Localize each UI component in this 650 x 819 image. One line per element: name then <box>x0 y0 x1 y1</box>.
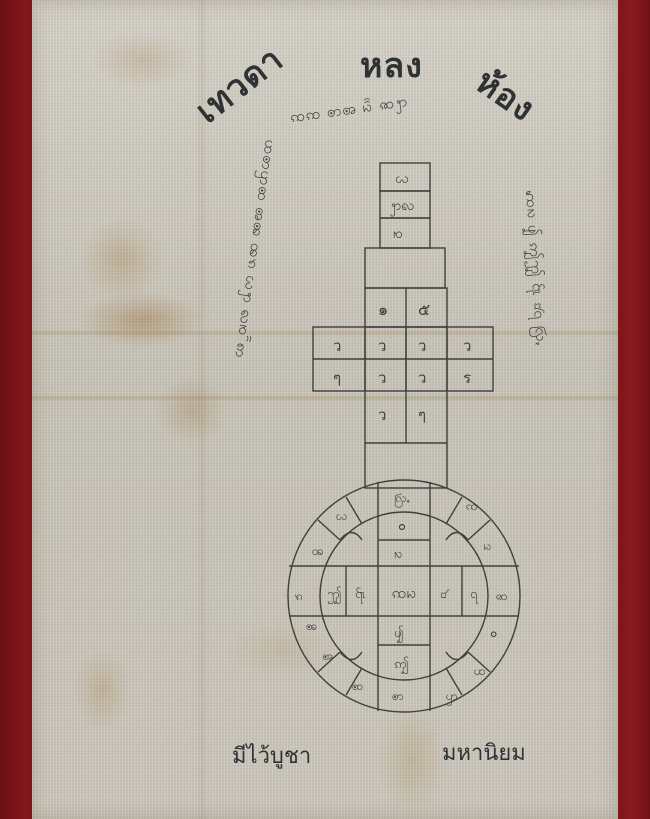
svg-text:ร: ร <box>463 369 471 387</box>
svg-text:ꩳ: ꩳ <box>394 547 402 562</box>
wheel-center: ꩡꩢ <box>392 584 416 602</box>
svg-text:ๆ: ๆ <box>418 406 426 424</box>
svg-text:꩷: ꩷ <box>355 587 366 604</box>
tower-cell-1: ꩬ <box>395 171 409 187</box>
svg-text:ꩫ: ꩫ <box>294 589 302 603</box>
svg-text:๕: ๕ <box>418 300 430 319</box>
tower-cell-2: ꩭꩮ <box>390 198 415 216</box>
tower-cell-3: ꩯ <box>393 226 403 242</box>
svg-text:ꩦ: ꩦ <box>392 689 404 703</box>
svg-text:ว: ว <box>463 337 471 355</box>
yantra-diagram: ꩬ ꩭꩮ ꩯ ๑ ๕ ว ว ว ว ๆ ว ว ร ว ๆ ꩡꩢ ๐ ꩳ ꩴ … <box>0 0 650 819</box>
svg-text:ꩺꩻ: ꩺꩻ <box>394 491 410 508</box>
svg-text:ว: ว <box>418 369 426 387</box>
svg-text:ꩧ: ꩧ <box>352 679 364 693</box>
svg-text:ꩶ: ꩶ <box>327 586 342 604</box>
svg-text:ꩢ: ꩢ <box>484 539 492 553</box>
svg-text:ꩤ: ꩤ <box>474 664 486 678</box>
svg-text:ꩣ: ꩣ <box>496 589 508 603</box>
footer-right-text: มหานิยม <box>442 735 526 770</box>
svg-text:ꩨ: ꩨ <box>322 649 333 663</box>
svg-text:ว: ว <box>378 406 386 424</box>
svg-text:꩹: ꩹ <box>470 587 478 604</box>
svg-text:ๆ: ๆ <box>333 369 341 387</box>
svg-text:ว: ว <box>378 369 386 387</box>
footer-left-text: มีไว้บูชา <box>232 738 311 773</box>
svg-text:꩸: ꩸ <box>440 587 449 602</box>
svg-text:ꩬ: ꩬ <box>336 509 348 523</box>
svg-text:๐: ๐ <box>398 519 406 534</box>
svg-text:๐: ๐ <box>490 626 497 640</box>
svg-text:๑: ๑ <box>378 300 388 319</box>
svg-text:ꩴ: ꩴ <box>394 625 404 643</box>
svg-text:ꩵ: ꩵ <box>394 656 409 674</box>
svg-text:ꩪ: ꩪ <box>312 544 324 558</box>
svg-text:ꩡ: ꩡ <box>466 499 478 513</box>
svg-text:ว: ว <box>418 337 426 355</box>
svg-text:ว: ว <box>378 337 386 355</box>
svg-text:ว: ว <box>333 337 341 355</box>
svg-text:ꩩ: ꩩ <box>306 619 318 633</box>
